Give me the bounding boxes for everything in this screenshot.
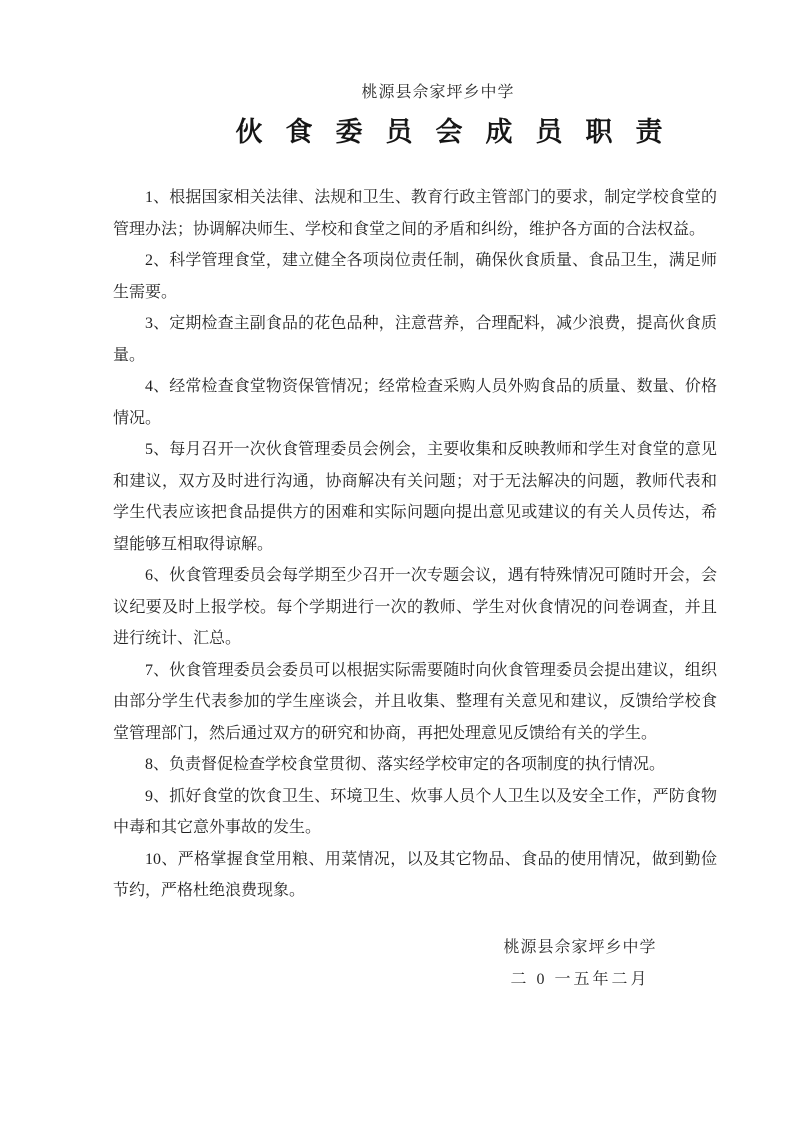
document-body: 1、根据国家相关法律、法规和卫生、教育行政主管部门的要求，制定学校食堂的管理办法…: [113, 182, 717, 907]
paragraph-7: 7、伙食管理委员会委员可以根据实际需要随时向伙食管理委员会提出建议，组织由部分学…: [113, 655, 717, 750]
document-title: 伙食委员会成员职责: [113, 110, 785, 149]
paragraph-9: 9、抓好食堂的饮食卫生、环境卫生、炊事人员个人卫生以及安全工作，严防食物中毒和其…: [113, 781, 717, 844]
closing-block: 桃源县佘家坪乡中学 二 0 一五年二月: [380, 932, 780, 996]
paragraph-6: 6、伙食管理委员会每学期至少召开一次专题会议，遇有特殊情况可随时开会，会议纪要及…: [113, 560, 717, 655]
paragraph-1: 1、根据国家相关法律、法规和卫生、教育行政主管部门的要求，制定学校食堂的管理办法…: [113, 182, 717, 245]
paragraph-10: 10、严格掌握食堂用粮、用菜情况，以及其它物品、食品的使用情况，做到勤俭节约，严…: [113, 844, 717, 907]
closing-date: 二 0 一五年二月: [380, 964, 780, 996]
paragraph-2: 2、科学管理食堂，建立健全各项岗位责任制，确保伙食质量、食品卫生，满足师生需要。: [113, 245, 717, 308]
paragraph-8: 8、负责督促检查学校食堂贯彻、落实经学校审定的各项制度的执行情况。: [113, 749, 717, 781]
paragraph-5: 5、每月召开一次伙食管理委员会例会，主要收集和反映教师和学生对食堂的意见和建议，…: [113, 434, 717, 560]
paragraph-3: 3、定期检查主副食品的花色品种，注意营养，合理配料，减少浪费，提高伙食质量。: [113, 308, 717, 371]
closing-signature: 桃源县佘家坪乡中学: [380, 932, 780, 964]
document-page: 桃源县佘家坪乡中学 伙食委员会成员职责 1、根据国家相关法律、法规和卫生、教育行…: [0, 0, 800, 1132]
school-name-header: 桃源县佘家坪乡中学: [113, 79, 763, 102]
paragraph-4: 4、经常检查食堂物资保管情况；经常检查采购人员外购食品的质量、数量、价格情况。: [113, 371, 717, 434]
